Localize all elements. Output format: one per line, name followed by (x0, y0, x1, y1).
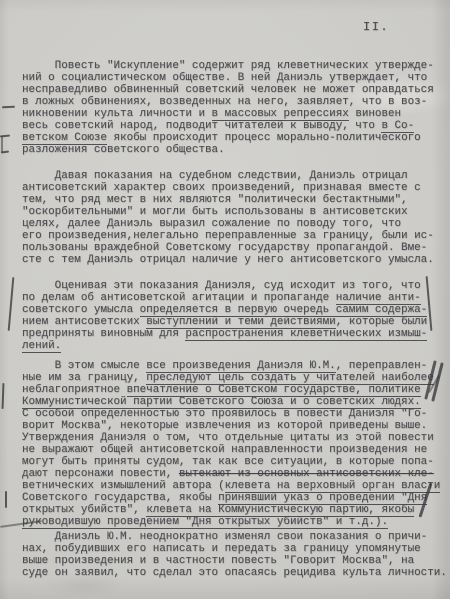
text-line: "оскорбительными" и могли быть использов… (22, 206, 446, 218)
text-segment: советского умысла (22, 304, 140, 316)
text-line: сте с тем Даниэль отрицал наличие у него… (22, 254, 446, 266)
text-line: Утверждения Даниэля о том, что отдельные… (22, 432, 446, 444)
pencil-bracket-mark (1, 150, 9, 153)
text-line: в ложных обвинениях, возведенных на него… (22, 96, 446, 108)
text-line: его произведения,нелегально переправленн… (22, 230, 446, 242)
paragraph: В этом смысле все произведения Даниэля Ю… (22, 360, 446, 528)
text-segment: несправедливо обвиненный советский челов… (22, 84, 434, 96)
text-line: советского умысла определяется в первую … (22, 304, 446, 316)
text-segment: Утверждения Даниэля о том, что отдельные… (22, 432, 434, 444)
scanned-document-page: II. Повесть "Искупление" содержит ряд кл… (0, 0, 450, 599)
text-segment: ний о социалистическом обществе. В ней Д… (22, 72, 427, 84)
pencil-dash-mark (2, 106, 15, 109)
text-line: Повесть "Искупление" содержит ряд клевет… (22, 60, 446, 72)
text-segment: в ложных обвинениях, возведенных на него… (22, 96, 427, 108)
emphasized-text: руководившую проведением "Дня открытых у… (22, 516, 388, 529)
text-line: разложения советского общества. (22, 144, 446, 156)
text-segment: целях, далее Даниэль выразил сожаление п… (22, 218, 401, 230)
text-segment: Оценивая эти показания Даниэля, суд исхо… (22, 280, 421, 292)
emphasized-text: лений. (22, 340, 61, 353)
text-segment: могут быть приняты судом, так как все си… (22, 456, 434, 468)
text-line: Советского государства, якобы принявший … (22, 492, 446, 504)
text-line: могут быть приняты судом, так как все си… (22, 456, 446, 468)
text-line: предприняты виновным для распространения… (22, 328, 446, 340)
text-line: ные им за границу, преследуют цель созда… (22, 372, 446, 384)
text-segment: Давая показания на судебном следствии, Д… (22, 170, 408, 182)
text-segment: неблагоприятное (22, 384, 127, 396)
page-number: II. (363, 20, 389, 34)
text-segment: С особой определенностью это проявилось … (22, 408, 427, 420)
text-line: Коммунистической партии Советского Союза… (22, 396, 446, 408)
text-line: нах, побудивших его написать и передать … (22, 543, 446, 555)
text-segment: его произведения,нелегально переправленн… (22, 230, 434, 242)
text-segment: , которые были (336, 316, 428, 328)
text-line: антисоветский характер своих произведени… (22, 182, 446, 194)
text-line: дают персонажи повести, вытекают из осно… (22, 468, 446, 480)
pencil-vertical-mark-left (2, 383, 5, 409)
paragraph: Давая показания на судебном следствии, Д… (22, 170, 446, 266)
text-line: ворит Москва", некоторые извлечения из к… (22, 420, 446, 432)
text-segment: ветнических измышлений автора ( (22, 480, 225, 492)
text-segment: нах, побудивших его написать и передать … (22, 543, 421, 555)
text-line: не выражают общей антисоветской направле… (22, 444, 446, 456)
emphasized-text: распространения клеветнических измыш- (185, 328, 427, 341)
document-body: Повесть "Искупление" содержит ряд клевет… (22, 60, 446, 579)
text-segment: не выражают общей антисоветской направле… (22, 444, 427, 456)
pencil-tick-mark-left (5, 491, 7, 508)
text-line: ветнических измышлений автора (клевета н… (22, 480, 446, 492)
text-line: пользованы враждебной Советскому государ… (22, 242, 446, 254)
text-segment: Советского государства, якобы (22, 492, 218, 504)
text-line: открытых убийств", клевета на Коммунисти… (22, 504, 446, 516)
pencil-vertical-line-left (8, 277, 15, 331)
text-line: суде он заявил, что сделал это опасаясь … (22, 567, 446, 579)
text-line: Оценивая эти показания Даниэля, суд исхо… (22, 280, 446, 292)
text-segment: суде он заявил, что сделал это опасаясь … (22, 567, 447, 579)
text-line: выше произведения и в частности повесть … (22, 555, 446, 567)
text-line: целях, далее Даниэль выразил сожаление п… (22, 218, 446, 230)
text-segment: ворит Москва", некоторые извлечения из к… (22, 420, 427, 432)
text-segment: дают персонажи повести, (22, 468, 179, 480)
text-segment: "оскорбительными" и могли быть использов… (22, 206, 408, 218)
text-segment: предприняты виновным для (22, 328, 185, 340)
text-segment: антисоветский характер своих произведени… (22, 182, 421, 194)
text-line: Даниэль Ю.М. неоднократно изменял свои п… (22, 531, 446, 543)
text-segment: никновении культа личности и (22, 108, 212, 120)
emphasized-text: вытекают из основных антисоветских кле- (179, 468, 434, 480)
paragraph: Повесть "Искупление" содержит ряд клевет… (22, 60, 446, 156)
text-segment: по делам об антисоветской агитации и про… (22, 292, 336, 304)
text-line: В этом смысле все произведения Даниэля Ю… (22, 360, 446, 372)
text-segment: Повесть "Искупление" содержит ряд клевет… (22, 60, 434, 72)
text-segment: , переправлен- (336, 360, 428, 372)
text-line: Давая показания на судебном следствии, Д… (22, 170, 446, 182)
text-line: руководившую проведением "Дня открытых у… (22, 516, 446, 528)
text-line: лений. (22, 340, 446, 352)
text-segment: Даниэль Ю.М. неоднократно изменял свои п… (22, 531, 427, 543)
text-segment: пользованы враждебной Советскому государ… (22, 242, 427, 254)
text-line: весь советский народ, подводит читателей… (22, 120, 446, 132)
text-segment: ные им за границу, (22, 372, 146, 384)
text-segment: разложения советского общества. (22, 144, 225, 156)
text-segment: сте с тем Даниэль отрицал наличие у него… (22, 254, 434, 266)
paragraph: Даниэль Ю.М. неоднократно изменял свои п… (22, 531, 446, 579)
text-segment: виновен (349, 108, 401, 120)
text-line: ний о социалистическом обществе. В ней Д… (22, 72, 446, 84)
text-line: неблагоприятное впечатление о Советском … (22, 384, 446, 396)
text-segment: выше произведения и в частности повесть … (22, 555, 414, 567)
paragraph: Оценивая эти показания Даниэля, суд исхо… (22, 280, 446, 352)
text-line: несправедливо обвиненный советский челов… (22, 84, 446, 96)
text-segment: весь советский народ, подводит читателей… (22, 120, 381, 132)
text-segment: якобы происходит процесс морально-полити… (107, 132, 421, 144)
text-line: тем, что ряд мест в них являются "полити… (22, 194, 446, 206)
text-segment: открытых убийств", (22, 504, 146, 516)
text-segment: нием антисоветских (22, 316, 146, 328)
text-line: никновении культа личности и в массовых … (22, 108, 446, 120)
text-line: нием антисоветских выступлений и теми де… (22, 316, 446, 328)
text-segment: В этом смысле (22, 360, 146, 372)
text-segment: тем, что ряд мест в них являются "полити… (22, 194, 408, 206)
text-line: ветском Союзе якобы происходит процесс м… (22, 132, 446, 144)
text-line: по делам об антисоветской агитации и про… (22, 292, 446, 304)
text-line: С особой определенностью это проявилось … (22, 408, 446, 420)
